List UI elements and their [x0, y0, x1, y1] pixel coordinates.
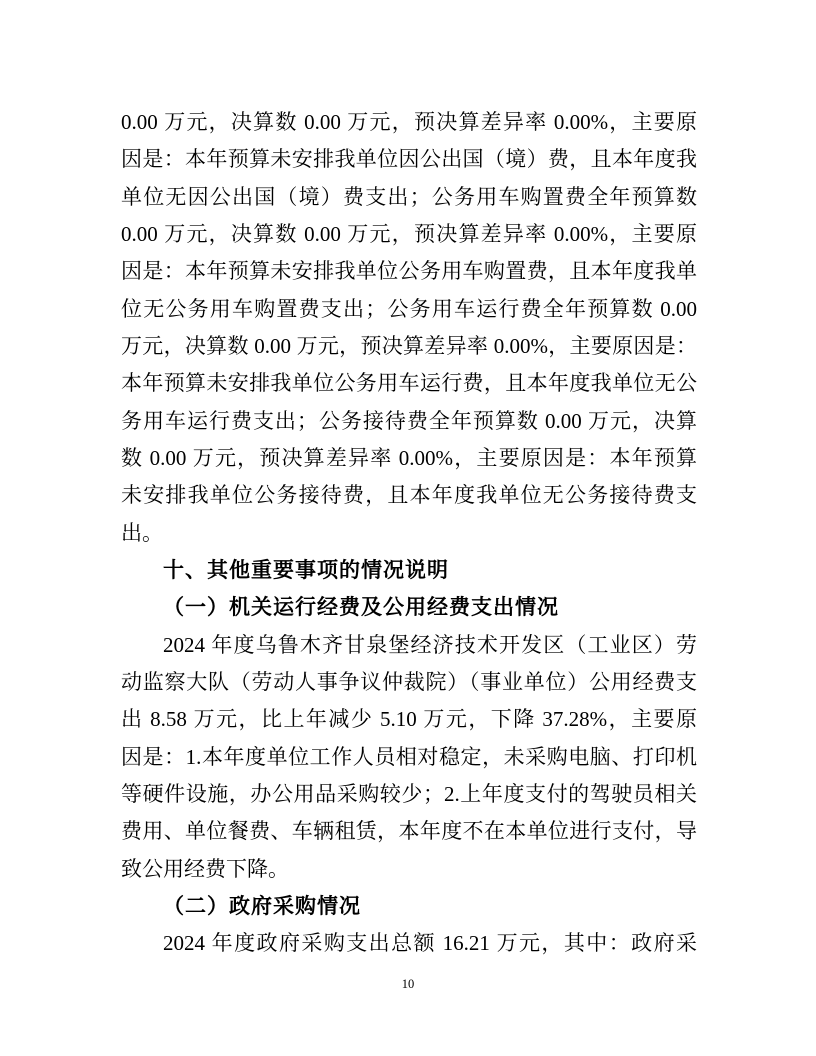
text-block: 0.00 万元，决算数 0.00 万元，预决算差异率 0.00%，主要原 因是：…: [121, 104, 697, 963]
subsection-heading-1: （一）机关运行经费及公用经费支出情况: [121, 589, 697, 626]
body-line: 本年预算未安排我单位公务用车运行费，且本年度我单位无公: [121, 365, 697, 402]
body-line: 0.00 万元，决算数 0.00 万元，预决算差异率 0.00%，主要原: [121, 104, 697, 141]
body-line: 务用车运行费支出；公务接待费全年预算数 0.00 万元，决算: [121, 403, 697, 440]
body-line: 0.00 万元，决算数 0.00 万元，预决算差异率 0.00%，主要原: [121, 216, 697, 253]
section-heading-10: 十、其他重要事项的情况说明: [121, 552, 697, 589]
document-page: 0.00 万元，决算数 0.00 万元，预决算差异率 0.00%，主要原 因是：…: [0, 0, 816, 1056]
body-line: 动监察大队（劳动人事争议仲裁院）（事业单位）公用经费支: [121, 664, 697, 701]
body-line: 等硬件设施，办公用品采购较少；2.上年度支付的驾驶员相关: [121, 776, 697, 813]
page-footer: 10: [0, 977, 816, 992]
body-line: 位无公务用车购置费支出；公务用车运行费全年预算数 0.00: [121, 291, 697, 328]
page-number: 10: [402, 977, 415, 991]
body-line: 费用、单位餐费、车辆租赁，本年度不在本单位进行支付，导: [121, 813, 697, 850]
body-line: 万元，决算数 0.00 万元，预决算差异率 0.00%，主要原因是：: [121, 328, 697, 365]
body-line: 因是：本年预算未安排我单位公务用车购置费，且本年度我单: [121, 253, 697, 290]
body-line: 数 0.00 万元，预决算差异率 0.00%，主要原因是：本年预算: [121, 440, 697, 477]
body-line: 2024 年度乌鲁木齐甘泉堡经济技术开发区（工业区）劳: [121, 627, 697, 664]
body-line: 出。: [121, 515, 697, 552]
body-line: 因是：本年预算未安排我单位因公出国（境）费，且本年度我: [121, 141, 697, 178]
body-line: 2024 年度政府采购支出总额 16.21 万元，其中：政府采: [121, 925, 697, 962]
body-line: 致公用经费下降。: [121, 851, 697, 888]
body-line: 出 8.58 万元，比上年减少 5.10 万元，下降 37.28%，主要原: [121, 701, 697, 738]
body-line: 单位无因公出国（境）费支出；公务用车购置费全年预算数: [121, 179, 697, 216]
body-line: 因是：1.本年度单位工作人员相对稳定，未采购电脑、打印机: [121, 739, 697, 776]
subsection-heading-2: （二）政府采购情况: [121, 888, 697, 925]
body-line: 未安排我单位公务接待费，且本年度我单位无公务接待费支: [121, 477, 697, 514]
